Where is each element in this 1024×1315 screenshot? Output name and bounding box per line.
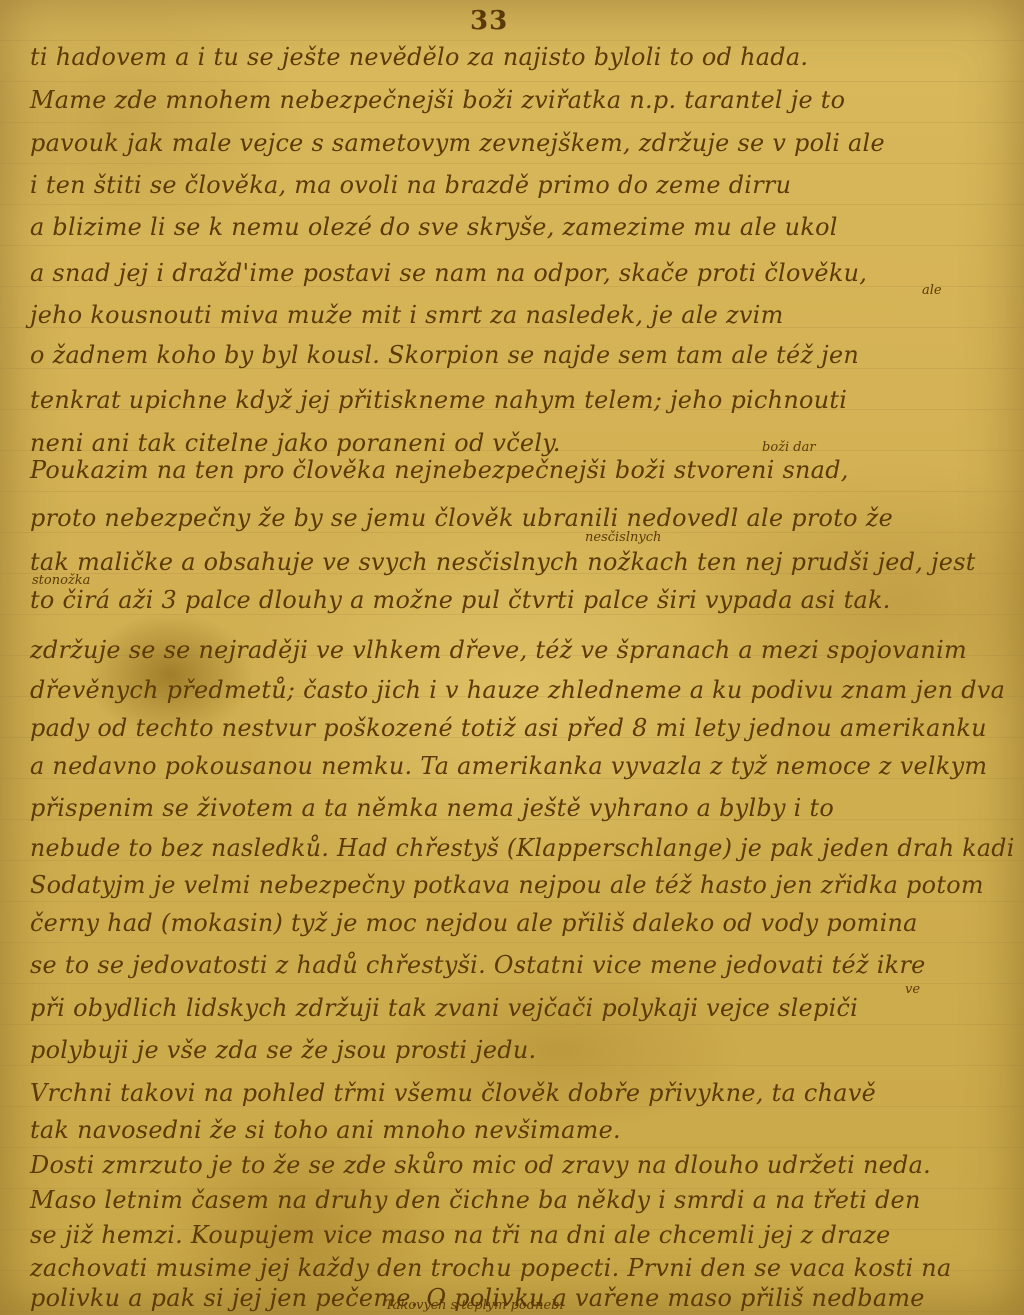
manuscript-line: zachovati musime jej každy den trochu po… <box>30 1253 1015 1283</box>
manuscript-line: to čirá aži 3 palce dlouhy a možne pul č… <box>30 585 1015 615</box>
interlinear-insert: boži dar <box>762 440 816 455</box>
manuscript-line: a nedavno pokousanou nemku. Ta amerikank… <box>30 751 1015 781</box>
manuscript-line: jeho kousnouti miva muže mit i smrt za n… <box>30 300 1015 330</box>
manuscript-line: tak navosedni že si toho ani mnoho nevši… <box>30 1115 1015 1145</box>
manuscript-line: Sodatyjm je velmi nebezpečny potkava nej… <box>30 870 1015 900</box>
manuscript-line: se již hemzi. Koupujem vice maso na tři … <box>30 1220 1015 1250</box>
manuscript-line: pady od techto nestvur poškozené totiž a… <box>30 713 1015 743</box>
manuscript-line: i ten štiti se člověka, ma ovoli na braz… <box>30 170 1015 200</box>
manuscript-line: tak maličke a obsahuje ve svych nesčisln… <box>30 547 1015 577</box>
manuscript-line: zdržuje se se nejraději ve vlhkem dřeve,… <box>30 635 1015 665</box>
manuscript-line: se to se jedovatosti z hadů chřestyši. O… <box>30 950 1015 980</box>
interlinear-insert: ale <box>922 283 942 298</box>
manuscript-page: 33 ti hadovem a i tu se ješte nevědělo z… <box>0 0 1024 1315</box>
manuscript-line: Vrchni takovi na pohled třmi všemu člově… <box>30 1078 1015 1108</box>
manuscript-line: Mame zde mnohem nebezpečnejši boži zviřa… <box>30 85 1015 115</box>
manuscript-line: při obydlich lidskych zdržuji tak zvani … <box>30 993 1015 1023</box>
manuscript-line: a snad jej i dražd'ime postavi se nam na… <box>30 258 1015 288</box>
interlinear-insert: ve <box>905 982 920 997</box>
manuscript-line: přispenim se životem a ta němka nema ješ… <box>30 793 1015 823</box>
manuscript-line: dřevěnych předmetů; často jich i v hauze… <box>30 675 1015 705</box>
manuscript-line: ti hadovem a i tu se ješte nevědělo za n… <box>30 42 1015 72</box>
page-number: 33 <box>470 6 508 36</box>
manuscript-line: o žadnem koho by byl kousl. Skorpion se … <box>30 340 1015 370</box>
manuscript-line: nebude to bez nasledků. Had chřestyš (Kl… <box>30 833 1007 863</box>
manuscript-line: Maso letnim časem na druhy den čichne ba… <box>30 1185 1015 1215</box>
manuscript-line: tenkrat upichne když jej přitiskneme nah… <box>30 385 1015 415</box>
interlinear-insert: stonožka <box>32 573 90 588</box>
manuscript-line: Dosti zmrzuto je to že se zde skůro mic … <box>30 1150 1015 1180</box>
manuscript-line: proto nebezpečny že by se jemu člověk ub… <box>30 503 1015 533</box>
manuscript-line: Poukazim na ten pro člověka nejnebezpečn… <box>30 455 1015 485</box>
interlinear-insert: nesčislnych <box>585 530 661 545</box>
interlinear-insert: Takových s teplym podnebi <box>385 1298 564 1313</box>
manuscript-line: neni ani tak citelne jako poraneni od vč… <box>30 428 1015 458</box>
manuscript-line: černy had (mokasin) tyž je moc nejdou al… <box>30 908 1015 938</box>
manuscript-line: polybuji je vše zda se že jsou prosti je… <box>30 1035 1015 1065</box>
manuscript-line: pavouk jak male vejce s sametovym zevnej… <box>30 128 1015 158</box>
manuscript-line: a blizime li se k nemu olezé do sve skry… <box>30 212 1015 242</box>
